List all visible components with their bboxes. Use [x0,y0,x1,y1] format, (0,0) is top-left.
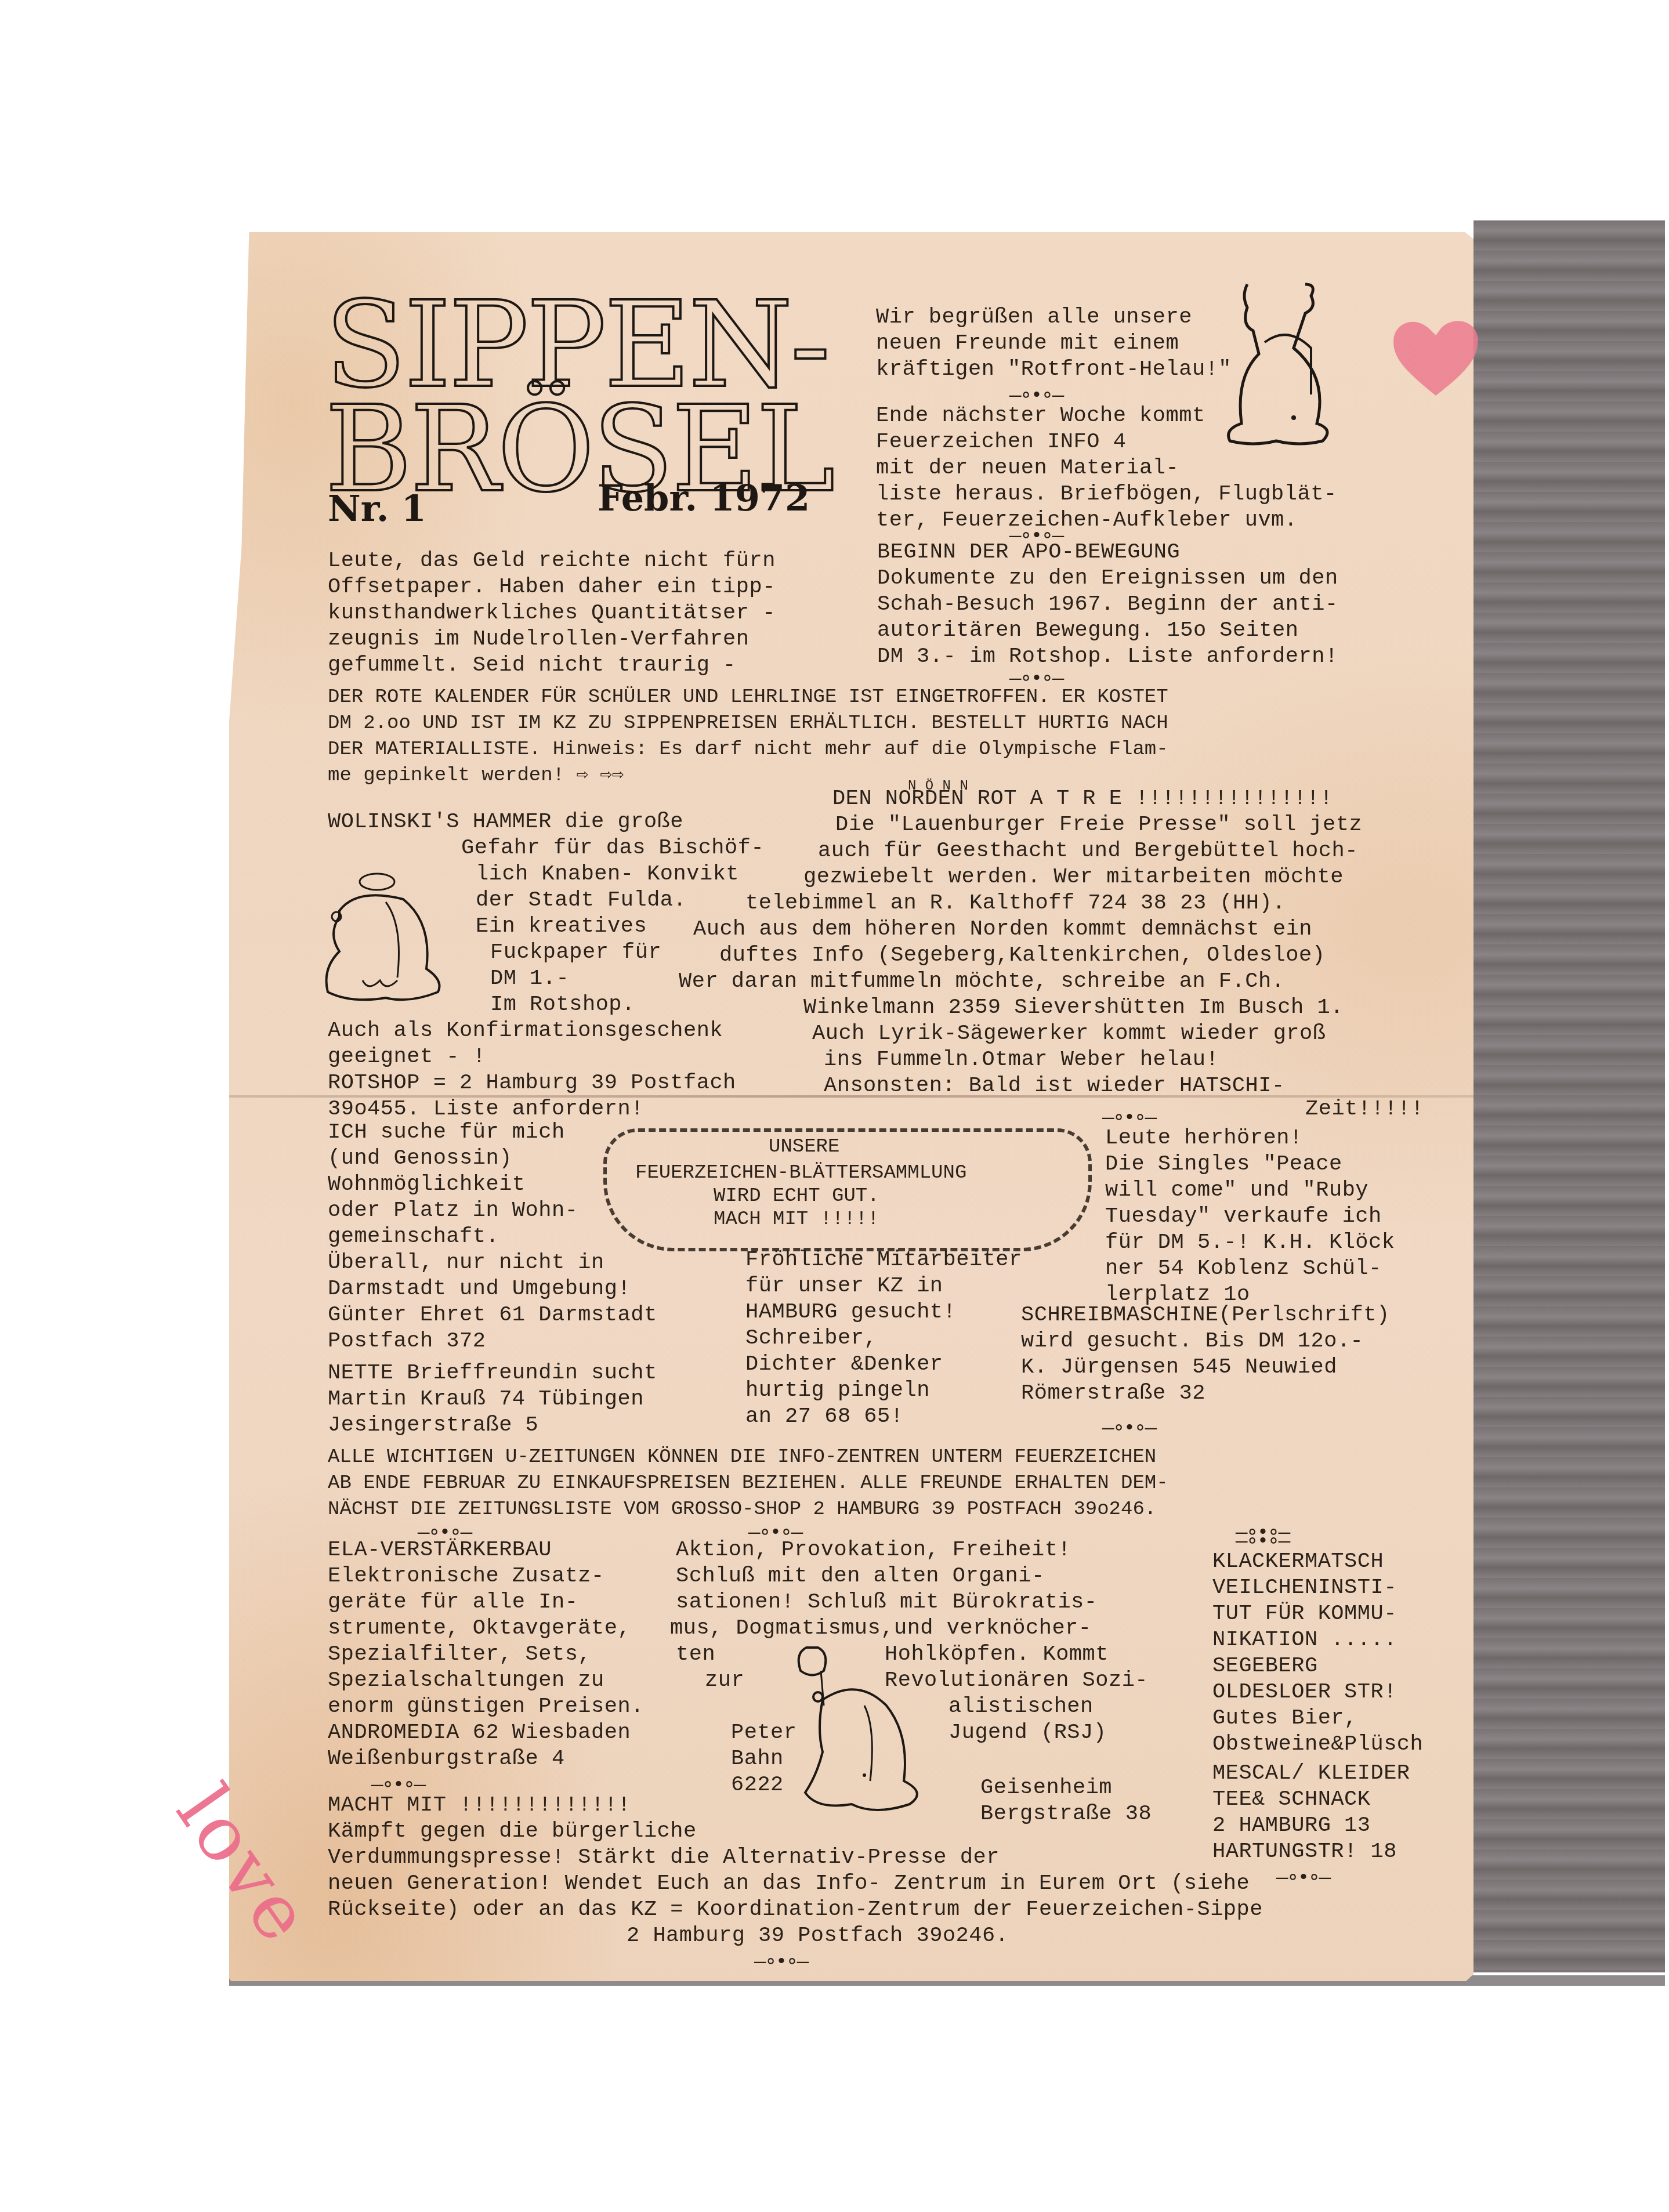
schreibmaschine-line-1: SCHREIBMASCHINE(Perlschrift) [1021,1302,1390,1328]
apo-line-2: Schah-Besuch 1967. Beginn der anti- [877,592,1338,618]
cartoon-figure-sitting-icon [316,864,467,1015]
norden-line-11: Ansonsten: Bald ist wieder HATSCHI- [824,1073,1285,1099]
norden-line-6: duftes Info (Segeberg,Kaltenkirchen, Old… [719,943,1325,969]
info4-line-3: mit der neuen Material- [876,455,1179,482]
welcome-line-2: neuen Freunde mit einem [876,331,1179,357]
zeitungen-line-3: NÄCHST DIE ZEITUNGSLISTE VOM GROSSO-SHOP… [328,1497,1156,1523]
intro-line-1: Leute, das Geld reichte nicht fürn [328,548,776,574]
ela-line-2: geräte für alle In- [328,1590,578,1616]
machtmit-line-4: Rückseite) oder an das KZ = Koordination… [328,1897,1263,1923]
kalender-line-4: me gepinkelt werden! ⇨ ⇨⇨ [328,763,624,789]
klackermatsch-line-6: OLDESLOER STR! [1212,1679,1397,1706]
klackermatsch-line-1: KLACKERMATSCH [1212,1549,1384,1575]
rsj-line-5: ten [676,1642,715,1668]
mitarbeiter-line-2: für unser KZ in [745,1273,943,1299]
wolinski-line-1: WOLINSKI'S HAMMER die große [328,809,683,835]
heart-stamp-icon [1389,313,1482,400]
issue-number: Nr. 1 [328,487,426,530]
norden-line-4: telebimmel an R. Kalthoff 724 38 23 (HH)… [745,890,1286,917]
wohnung-line-5: gemeinschaft. [328,1224,499,1250]
machtmit-heading: MACHT MIT !!!!!!!!!!!!! [328,1793,631,1819]
singles-line-6: ner 54 Koblenz Schül- [1105,1256,1382,1282]
wolinski-line-2: Gefahr für das Bischöf- [461,835,764,861]
brieffreundin-line-2: Martin Krauß 74 Tübingen [328,1386,644,1413]
mitarbeiter-line-6: hurtig pingeln [745,1378,930,1404]
norden-line-7: Wer daran mitfummeln möchte, schreibe an… [679,969,1284,995]
mitarbeiter-line-1: Fröhliche Mitarbeiter [745,1247,1022,1273]
schreibmaschine-line-4: Römerstraße 32 [1021,1381,1205,1407]
ela-line-3: strumente, Oktavgeräte, [328,1616,631,1642]
wolinski-line-9: Auch als Konfirmationsgeschenk [328,1018,723,1044]
rsj-line-3: sationen! Schluß mit Bürokratis- [676,1590,1098,1616]
apo-line-4: DM 3.- im Rotshop. Liste anfordern! [877,644,1338,670]
singles-line-4: Tuesday" verkaufe ich [1105,1204,1382,1230]
klackermatsch-line-5: SEGEBERG [1212,1653,1318,1679]
brieffreundin-line-1: NETTE Brieffreundin sucht [328,1360,657,1386]
kalender-line-1: DER ROTE KALENDER FÜR SCHÜLER UND LEHRLI… [328,685,1168,711]
rsj-postcode: 6222 [731,1772,784,1798]
wohnung-line-1: ICH suche für mich [328,1120,565,1146]
klackermatsch-line-7: Gutes Bier, [1212,1706,1357,1732]
ela-heading: ELA-VERSTÄRKERBAU [328,1537,552,1563]
machtmit-line-1: Kämpft gegen die bürgerliche [328,1819,697,1845]
wohnung-line-7: Darmstadt und Umgebung! [328,1276,631,1302]
sammlung-line-4: MACH MIT !!!!! [714,1207,879,1233]
issue-date: Febr. 1972 [598,477,810,519]
ela-line-8: Weißenburgstraße 4 [328,1746,565,1772]
wohnung-line-2: (und Genossin) [328,1146,512,1172]
intro-line-5: gefummelt. Seid nicht traurig - [328,653,736,679]
brieffreundin-line-3: Jesingerstraße 5 [328,1413,538,1439]
machtmit-line-2: Verdummungspresse! Stärkt die Alternativ… [328,1845,1000,1871]
mitarbeiter-line-7: an 27 68 65! [745,1404,903,1430]
ela-line-7: ANDROMEDIA 62 Wiesbaden [328,1720,631,1746]
info4-line-4: liste heraus. Briefbögen, Flugblät- [876,482,1337,508]
apo-line-1: Dokumente zu den Ereignissen um den [877,566,1338,592]
sammlung-line-1: UNSERE [769,1134,839,1160]
kalender-line-2: DM 2.oo UND IST IM KZ ZU SIPPENPREISEN E… [328,711,1168,737]
wohnung-line-4: oder Platz in Wohn- [328,1198,578,1224]
wolinski-line-6: Fuckpaper für [490,940,661,966]
ornament-divider: —∘•∘— [1276,1865,1330,1889]
wohnung-line-9: Postfach 372 [328,1328,486,1355]
rsj-line-4: mus, Dogmatismus,und verknöcher- [670,1616,1092,1642]
cartoon-figure-fist-icon [789,1642,940,1827]
zeitungen-line-1: ALLE WICHTIGEN U-ZEITUNGEN KÖNNEN DIE IN… [328,1445,1156,1471]
norden-heading: DEN NORDEN ROT A T R E !!!!!!!!!!!!!!! [832,786,1333,812]
rsj-line-10: Jugend (RSJ) [948,1720,1106,1746]
norden-line-5: Auch aus dem höheren Norden kommt demnäc… [693,917,1312,943]
klackermatsch-line-9: MESCAL/ KLEIDER [1212,1761,1410,1787]
intro-line-3: kunsthandwerkliches Quantitätser - [328,600,776,627]
intro-line-4: zeugnis im Nudelrollen-Verfahren [328,627,750,653]
wolinski-line-3: lich Knaben- Konvikt [476,861,739,888]
ela-line-6: enorm günstigen Preisen. [328,1694,644,1720]
rsj-line-1: Aktion, Provokation, Freiheit! [676,1537,1071,1563]
kalender-line-3: DER MATERIALLISTE. Hinweis: Es darf nich… [328,737,1168,763]
singles-line-5: für DM 5.-! K.H. Klöck [1105,1230,1395,1256]
intro-line-2: Offsetpaper. Haben daher ein tipp- [328,574,776,600]
rsj-street: Bergstraße 38 [980,1801,1152,1827]
singles-line-1: Leute herhören! [1105,1125,1303,1152]
zeitungen-line-2: AB ENDE FEBRUAR ZU EINKAUFSPREISEN BEZIE… [328,1471,1168,1497]
rsj-name-2: Bahn [731,1746,784,1772]
rsj-name-1: Peter [731,1720,797,1746]
mitarbeiter-line-3: HAMBURG gesucht! [745,1299,956,1326]
norden-line-9: Auch Lyrik-Sägewerker kommt wieder groß [812,1021,1326,1047]
apo-heading: BEGINN DER APO-BEWEGUNG [877,540,1180,566]
wohnung-line-3: Wohnmöglichkeit [328,1172,526,1198]
wolinski-line-5: Ein kreatives [476,914,647,940]
ornament-divider: —∘•∘— [1102,1415,1156,1440]
mitarbeiter-line-5: Dichter &Denker [745,1352,943,1378]
apo-line-3: autoritären Bewegung. 15o Seiten [877,618,1299,644]
norden-line-8: Winkelmann 2359 Sievershütten Im Busch 1… [803,995,1344,1021]
norden-line-10: ins Fummeln.Otmar Weber helau! [824,1047,1219,1073]
info4-line-2: Feuerzeichen INFO 4 [876,429,1126,455]
singles-line-3: will come" und "Ruby [1105,1178,1368,1204]
klackermatsch-line-10: TEE& SCHNACK [1212,1787,1370,1813]
wolinski-line-7: DM 1.- [490,966,569,992]
klackermatsch-line-2: VEILCHENINSTI- [1212,1575,1397,1601]
wolinski-line-11: ROTSHOP = 2 Hamburg 39 Postfach [328,1070,736,1096]
welcome-line-3: kräftigen "Rotfront-Helau!" [876,357,1232,383]
klackermatsch-line-11: 2 HAMBURG 13 [1212,1813,1370,1839]
norden-line-12: Zeit!!!!! [1305,1096,1424,1123]
info4-line-1: Ende nächster Woche kommt [876,403,1205,429]
klackermatsch-line-3: TUT FÜR KOMMU- [1212,1601,1397,1627]
schreibmaschine-line-3: K. Jürgensen 545 Neuwied [1021,1355,1337,1381]
rsj-line-2: Schluß mit den alten Organi- [676,1563,1045,1590]
background-shadow-strip [1474,220,1665,1972]
norden-line-3: gezwiebelt werden. Wer mitarbeiten möcht… [803,864,1344,890]
rsj-city: Geisenheim [980,1775,1112,1801]
machtmit-address: 2 Hamburg 39 Postfach 39o246. [627,1923,1008,1949]
rsj-line-9: alistischen [948,1694,1094,1720]
schreibmaschine-line-2: wird gesucht. Bis DM 12o.- [1021,1328,1363,1355]
norden-line-1: Die "Lauenburger Freie Presse" soll jetz [835,812,1362,838]
mitarbeiter-line-4: Schreiber, [745,1326,877,1352]
ela-line-4: Spezialfilter, Sets, [328,1642,591,1668]
rsj-line-6: zur [705,1668,744,1694]
info4-line-5: ter, Feuerzeichen-Aufkleber uvm. [876,508,1298,534]
norden-line-2: auch für Geesthacht und Bergebüttel hoch… [818,838,1358,864]
sammlung-line-3: WIRD ECHT GUT. [714,1183,879,1210]
wolinski-line-4: der Stadt Fulda. [476,888,686,914]
ela-line-5: Spezialschaltungen zu [328,1668,604,1694]
sammlung-line-2: FEUERZEICHEN-BLÄTTERSAMMLUNG [635,1160,966,1186]
klackermatsch-line-12: HARTUNGSTR! 18 [1212,1839,1397,1865]
wolinski-line-10: geeignet - ! [328,1044,486,1070]
wohnung-line-8: Günter Ehret 61 Darmstadt [328,1302,657,1328]
wolinski-line-8: Im Rotshop. [490,992,635,1018]
welcome-line-1: Wir begrüßen alle unsere [876,305,1192,331]
wohnung-line-6: Überall, nur nicht in [328,1250,604,1276]
klackermatsch-line-8: Obstweine&Plüsch [1212,1732,1423,1758]
wolinski-line-12: 39o455. Liste anfordern! [328,1096,644,1123]
ornament-divider: —∘•∘— [754,1949,808,1974]
klackermatsch-line-4: NIKATION ..... [1212,1627,1397,1653]
cartoon-figure-cheering-icon [1224,273,1363,458]
ela-line-1: Elektronische Zusatz- [328,1563,604,1590]
machtmit-line-3: neuen Generation! Wendet Euch an das Inf… [328,1871,1250,1897]
singles-line-2: Die Singles "Peace [1105,1152,1342,1178]
